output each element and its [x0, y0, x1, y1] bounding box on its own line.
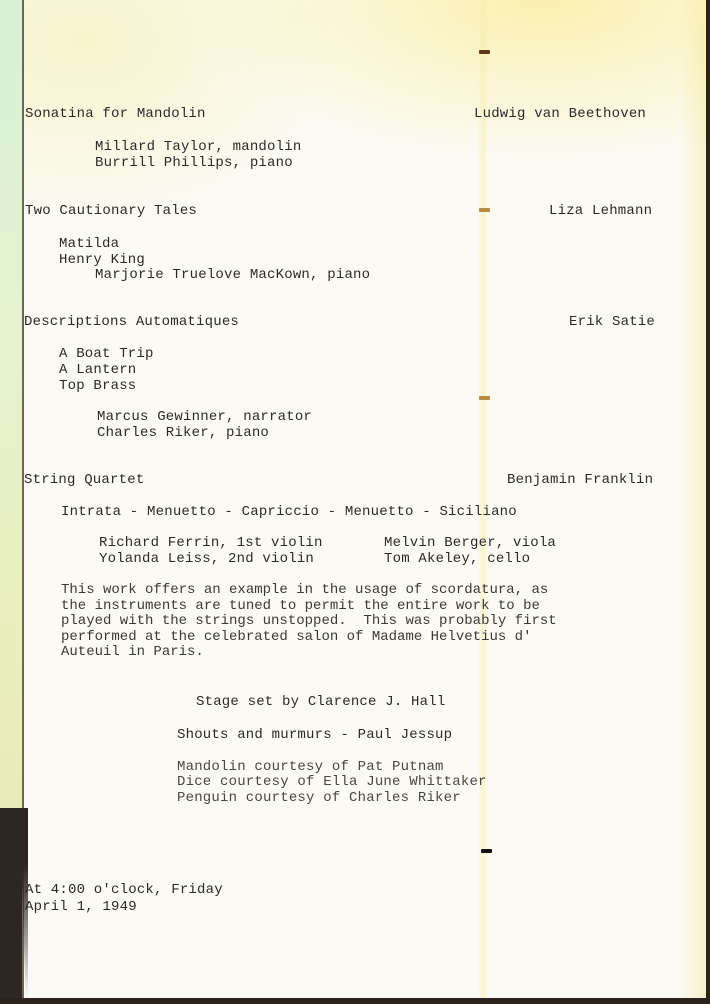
stage-set-credit: Stage set by Clarence J. Hall — [196, 694, 445, 710]
event-date: April 1, 1949 — [25, 899, 137, 915]
background-left — [0, 0, 24, 808]
piece-composer: Erik Satie — [569, 314, 655, 330]
piece-title: Sonatina for Mandolin — [25, 106, 206, 122]
piece-title: Two Cautionary Tales — [25, 203, 197, 219]
staple-mark — [479, 208, 490, 212]
shouts-credit: Shouts and murmurs - Paul Jessup — [177, 727, 452, 743]
performer: Marjorie Truelove MacKown, piano — [95, 267, 370, 283]
courtesy-credit: Dice courtesy of Ella June Whittaker — [177, 774, 487, 790]
courtesy-credit: Penguin courtesy of Charles Riker — [177, 790, 461, 806]
performer: Millard Taylor, mandolin — [95, 139, 301, 155]
movement: Matilda — [59, 236, 119, 252]
piece-composer: Liza Lehmann — [549, 203, 652, 219]
performer: Yolanda Leiss, 2nd violin — [99, 551, 314, 567]
staple-mark — [481, 849, 492, 853]
background-bottom — [0, 998, 710, 1004]
piece-composer: Ludwig van Beethoven — [474, 106, 646, 122]
performer: Charles Riker, piano — [97, 425, 269, 441]
staple-mark — [479, 396, 490, 400]
piece-title: Descriptions Automatiques — [24, 314, 239, 330]
program-note: This work offers an example in the usage… — [61, 583, 651, 661]
background-right — [706, 0, 710, 1004]
performer: Burrill Phillips, piano — [95, 155, 293, 171]
movement: Top Brass — [59, 378, 136, 394]
performer: Marcus Gewinner, narrator — [97, 409, 312, 425]
performer: Richard Ferrin, 1st violin — [99, 535, 323, 551]
performer: Melvin Berger, viola — [384, 535, 556, 551]
movements-line: Intrata - Menuetto - Capriccio - Menuett… — [61, 504, 517, 520]
movement: A Lantern — [59, 362, 136, 378]
courtesy-credit: Mandolin courtesy of Pat Putnam — [177, 759, 444, 775]
staple-mark — [479, 50, 490, 54]
piece-title: String Quartet — [24, 472, 144, 488]
performer: Tom Akeley, cello — [384, 551, 530, 567]
movement: A Boat Trip — [59, 346, 154, 362]
event-time: At 4:00 o'clock, Friday — [25, 882, 223, 898]
piece-composer: Benjamin Franklin — [507, 472, 653, 488]
movement: Henry King — [59, 252, 145, 268]
